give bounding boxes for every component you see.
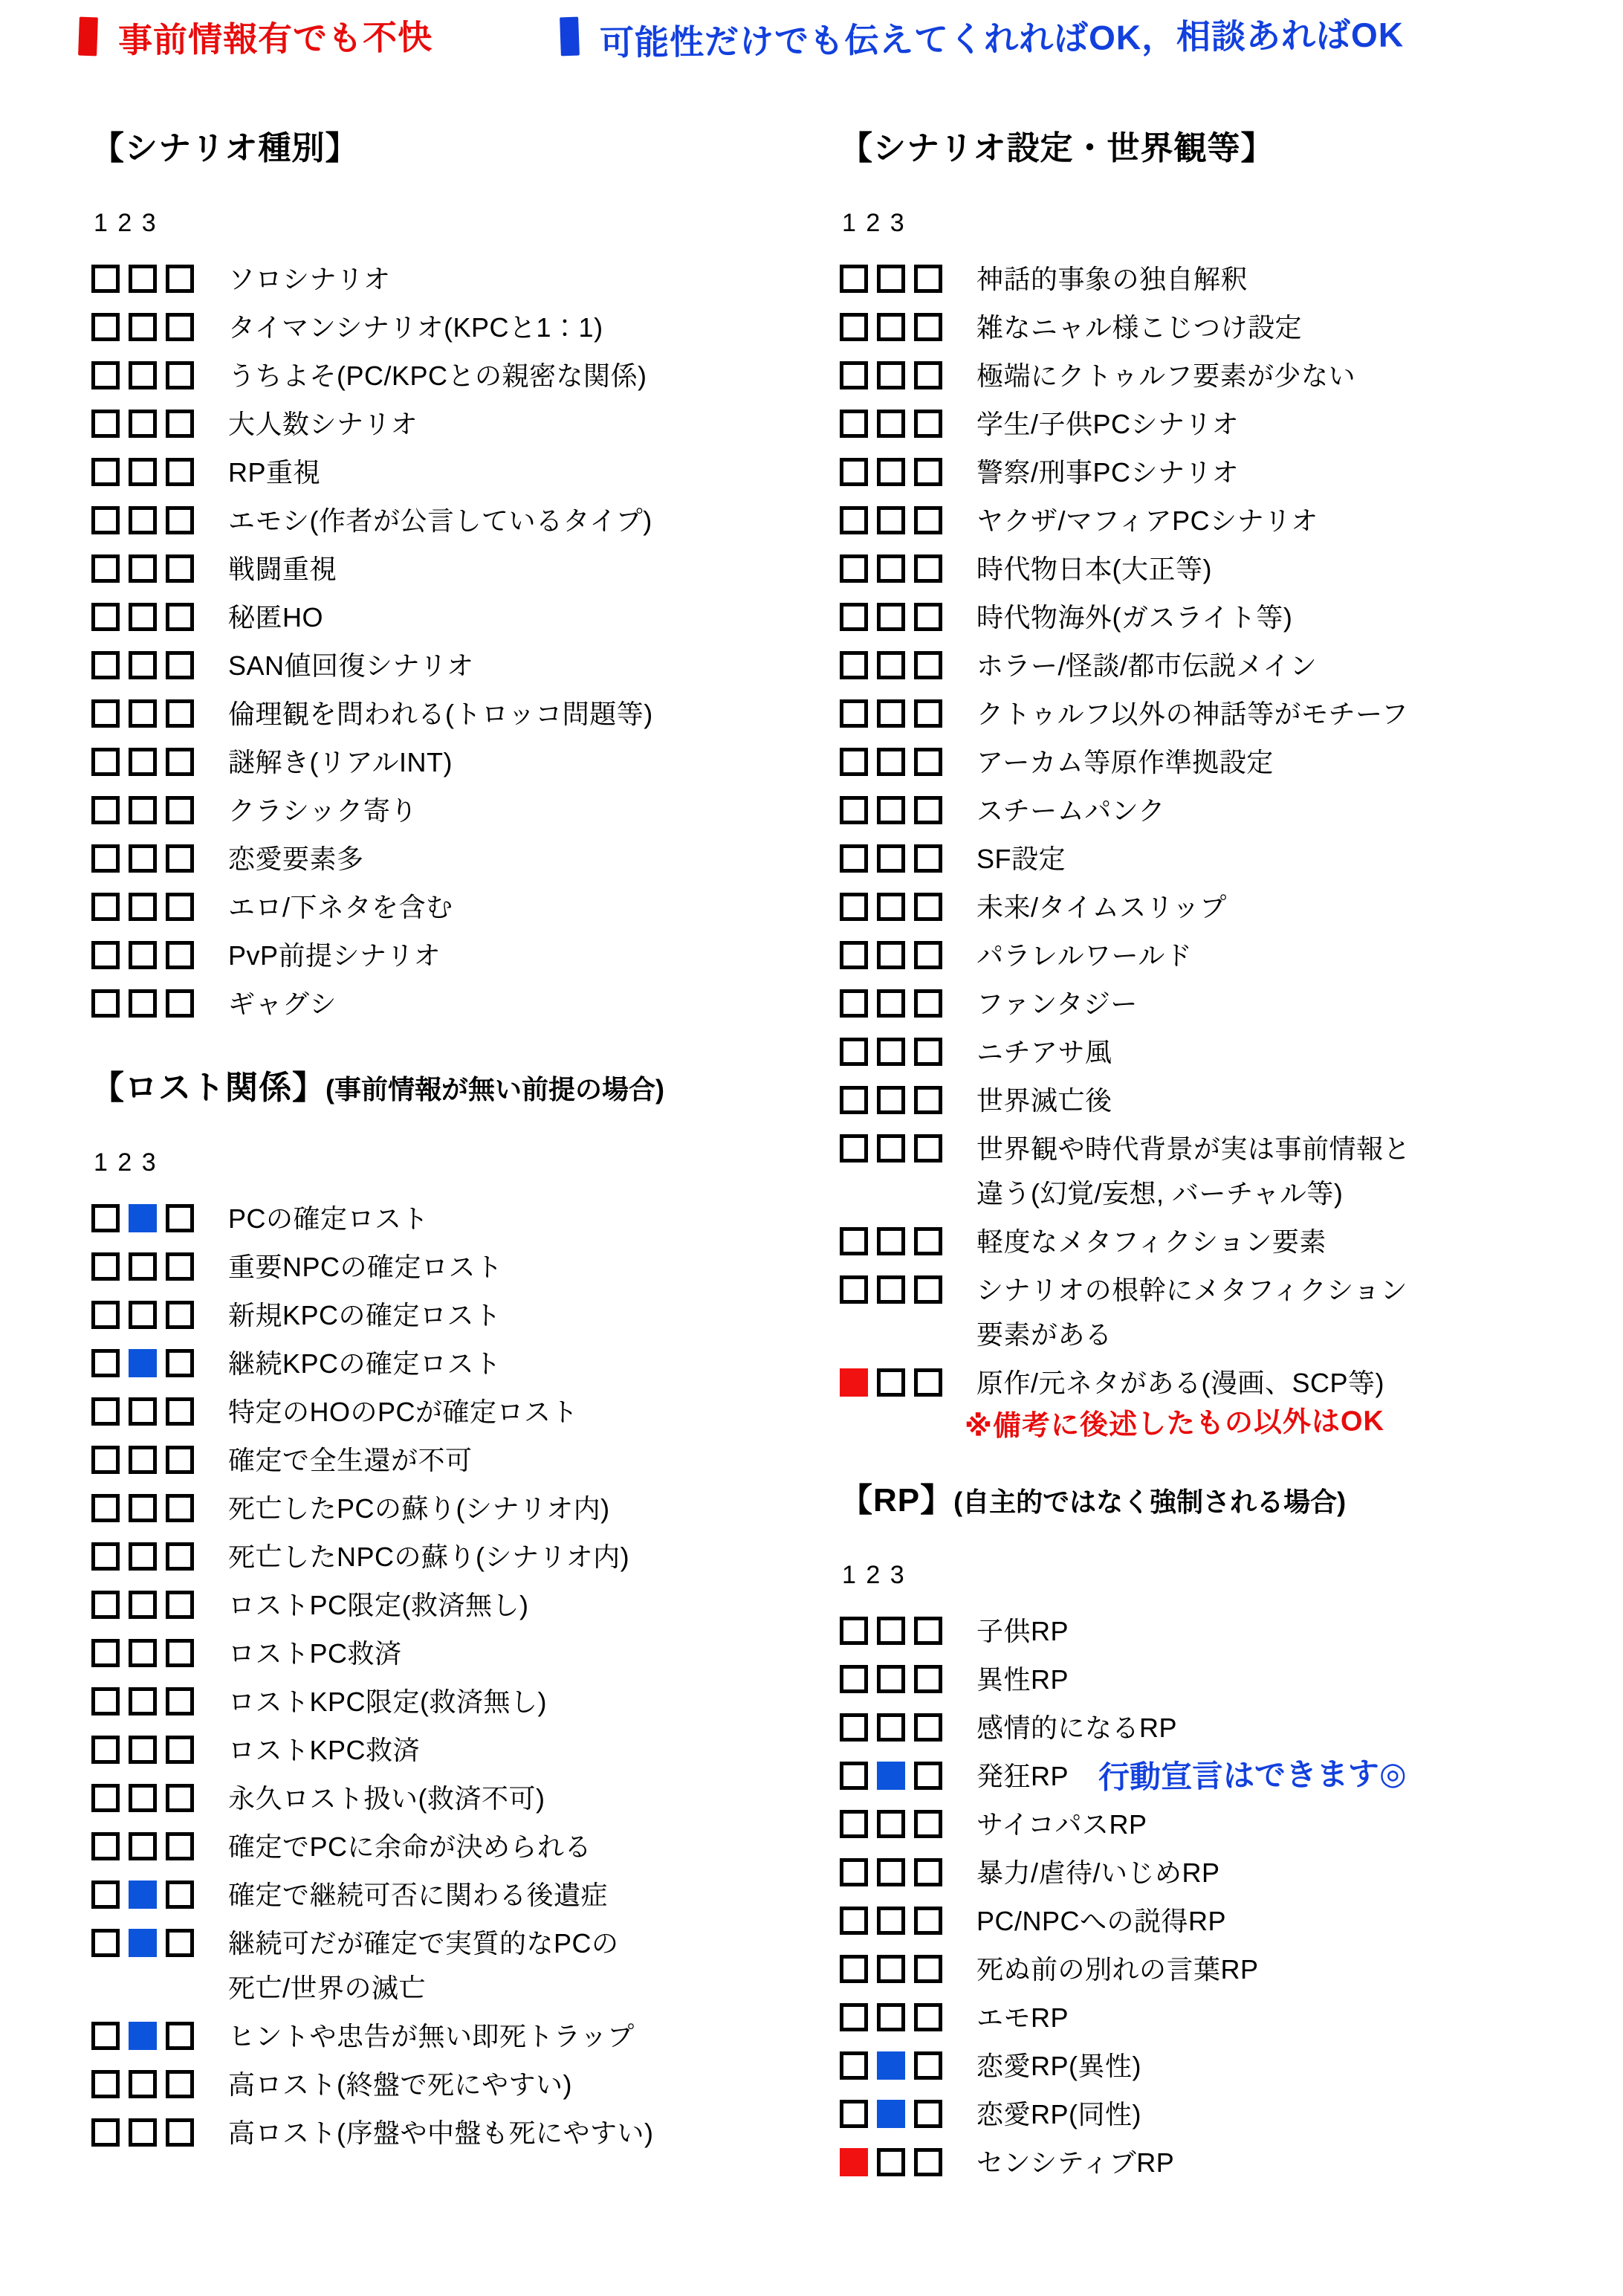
checkbox-3[interactable] <box>166 989 194 1018</box>
checkbox-2[interactable] <box>877 1617 905 1645</box>
checkbox-1[interactable] <box>840 603 868 631</box>
checkbox-group <box>91 1736 194 1764</box>
item-label: 戦闘重視 <box>228 547 337 592</box>
checkbox-1[interactable] <box>91 1881 120 1909</box>
checkbox-2-filled-blue[interactable] <box>129 1881 157 1909</box>
checkbox-3[interactable] <box>914 1275 942 1304</box>
checkbox-3[interactable] <box>166 410 194 438</box>
checklist-item: ロストKPC限定(救済無し) <box>91 1680 842 1724</box>
item-label: ギャグシ <box>228 982 337 1026</box>
checklist-item: ソロシナリオ <box>91 257 842 302</box>
checkbox-3[interactable] <box>914 699 942 728</box>
checkbox-2[interactable] <box>877 1134 905 1162</box>
checkbox-1[interactable] <box>91 699 120 728</box>
item-label: 恋愛RP(同性) <box>976 2092 1141 2137</box>
checklist-item: 恋愛RP(同性) <box>840 2092 1590 2137</box>
checkbox-1[interactable] <box>840 748 868 776</box>
checkbox-3[interactable] <box>166 2070 194 2098</box>
checkbox-3[interactable] <box>914 506 942 534</box>
checklist-item: エロ/下ネタを含む <box>91 885 842 930</box>
checkbox-2[interactable] <box>877 893 905 921</box>
checkbox-3[interactable] <box>166 1784 194 1812</box>
checkbox-group <box>91 1832 194 1860</box>
checkbox-1[interactable] <box>840 1038 868 1066</box>
checkbox-group <box>840 1275 942 1304</box>
checkbox-group <box>840 2148 942 2176</box>
checkbox-1[interactable] <box>840 1907 868 1935</box>
section-title: 【シナリオ種別】 <box>91 121 842 169</box>
checkbox-2[interactable] <box>877 506 905 534</box>
checklist-item: 死亡したPCの蘇り(シナリオ内) <box>91 1487 842 1531</box>
checkbox-2[interactable] <box>129 1784 157 1812</box>
checkbox-1[interactable] <box>91 1929 120 1957</box>
checkbox-3[interactable] <box>166 1252 194 1281</box>
item-label: スチームパンク <box>976 789 1165 833</box>
checkbox-2[interactable] <box>877 1955 905 1983</box>
item-label: 軽度なメタフィクション要素 <box>976 1220 1326 1264</box>
checkbox-1[interactable] <box>91 796 120 824</box>
checklist-item: 世界観や時代背景が実は事前情報と 違う(幻覚/妄想, バーチャル等) <box>840 1127 1590 1216</box>
checkbox-group <box>91 1591 194 1619</box>
checkbox-2-filled-blue[interactable] <box>877 2100 905 2128</box>
checkbox-2[interactable] <box>129 1446 157 1474</box>
checkbox-3[interactable] <box>914 1810 942 1838</box>
item-label: 警察/刑事PCシナリオ <box>976 450 1239 495</box>
checklist-item: エモRP <box>840 1996 1590 2040</box>
checkbox-3[interactable] <box>166 1349 194 1377</box>
checkbox-3[interactable] <box>914 989 942 1018</box>
checkbox-1[interactable] <box>91 1446 120 1474</box>
checkbox-1[interactable] <box>840 1762 868 1790</box>
item-label: シナリオの根幹にメタフィクション 要素がある <box>976 1268 1407 1357</box>
checkbox-2[interactable] <box>877 844 905 873</box>
checkbox-2-filled-blue[interactable] <box>129 1204 157 1232</box>
checkbox-3[interactable] <box>914 796 942 824</box>
checklist-item: 継続KPCの確定ロスト <box>91 1342 842 1386</box>
checkbox-group <box>91 361 194 389</box>
checkbox-3[interactable] <box>166 361 194 389</box>
checkbox-3[interactable] <box>914 410 942 438</box>
item-label: 確定で継続可否に関わる後遺症 <box>228 1873 608 1918</box>
checkbox-group <box>840 1955 942 1983</box>
checkbox-1[interactable] <box>91 1204 120 1232</box>
checkbox-1[interactable] <box>91 893 120 921</box>
checkbox-2[interactable] <box>129 651 157 679</box>
checkbox-2[interactable] <box>877 748 905 776</box>
checkbox-2[interactable] <box>129 458 157 486</box>
checkbox-3[interactable] <box>914 2100 942 2128</box>
checkbox-3[interactable] <box>166 941 194 969</box>
checkbox-2[interactable] <box>129 1591 157 1619</box>
checkbox-1[interactable] <box>840 410 868 438</box>
checkbox-3[interactable] <box>166 893 194 921</box>
checkbox-2[interactable] <box>877 1275 905 1304</box>
checkbox-1[interactable] <box>840 1086 868 1114</box>
checkbox-3[interactable] <box>914 1955 942 1983</box>
checkbox-1[interactable] <box>840 2051 868 2080</box>
checkbox-2[interactable] <box>877 458 905 486</box>
checkbox-group <box>840 1368 942 1397</box>
item-label: 恋愛要素多 <box>228 837 364 882</box>
checkbox-1[interactable] <box>91 1494 120 1522</box>
item-label: 時代物日本(大正等) <box>976 547 1212 592</box>
checkbox-3[interactable] <box>914 2003 942 2031</box>
checklist-item: 原作/元ネタがある(漫画、SCP等) <box>840 1361 1590 1406</box>
checkbox-2[interactable] <box>877 989 905 1018</box>
checkbox-2[interactable] <box>129 989 157 1018</box>
checklist-item: 神話的事象の独自解釈 <box>840 257 1590 302</box>
checkbox-2[interactable] <box>129 603 157 631</box>
checkbox-3[interactable] <box>914 458 942 486</box>
checkbox-3[interactable] <box>914 1713 942 1742</box>
checkbox-1[interactable] <box>840 844 868 873</box>
checklist-item: 極端にクトゥルフ要素が少ない <box>840 354 1590 398</box>
section-title-text: 【RP】 <box>840 1482 953 1519</box>
checkbox-1[interactable] <box>91 1301 120 1329</box>
checkbox-3[interactable] <box>914 1665 942 1693</box>
checkbox-1[interactable] <box>91 361 120 389</box>
checkbox-1[interactable] <box>91 603 120 631</box>
item-label: SF設定 <box>976 837 1066 882</box>
checkbox-2[interactable] <box>129 1301 157 1329</box>
checklist-item: ギャグシ <box>91 982 842 1026</box>
checkbox-3[interactable] <box>914 1086 942 1114</box>
checkbox-1[interactable] <box>840 1134 868 1162</box>
checkbox-2[interactable] <box>877 265 905 293</box>
checkbox-1[interactable] <box>91 1252 120 1281</box>
item-label: ロストKPC限定(救済無し) <box>228 1680 547 1724</box>
checkbox-2[interactable] <box>129 1736 157 1764</box>
checkbox-3[interactable] <box>166 1301 194 1329</box>
item-label: ニチアサ風 <box>976 1030 1112 1075</box>
checkbox-3[interactable] <box>166 699 194 728</box>
section-lost: 【ロスト関係】(事前情報が無い前提の場合) 1 2 3 PCの確定ロスト重要NP… <box>91 1061 842 2156</box>
checkbox-group <box>840 699 942 728</box>
item-label: ヒントや忠告が無い即死トラップ <box>228 2014 635 2059</box>
checkbox-1[interactable] <box>91 844 120 873</box>
checkbox-2[interactable] <box>129 1542 157 1571</box>
checkbox-3[interactable] <box>914 1762 942 1790</box>
checkbox-group <box>91 265 194 293</box>
checkbox-1[interactable] <box>91 1639 120 1667</box>
checkbox-2[interactable] <box>877 2148 905 2176</box>
checkbox-2[interactable] <box>129 748 157 776</box>
item-label: 暴力/虐待/いじめRP <box>976 1851 1220 1895</box>
checkbox-2[interactable] <box>877 410 905 438</box>
checklist-item: 継続可だが確定で実質的なPCの 死亡/世界の滅亡 <box>91 1921 842 2011</box>
checkbox-group <box>91 506 194 534</box>
checkbox-3[interactable] <box>166 458 194 486</box>
checkbox-3[interactable] <box>914 313 942 341</box>
checklist-item: 異性RP <box>840 1658 1590 1702</box>
checklist-item: 警察/刑事PCシナリオ <box>840 450 1590 495</box>
checkbox-1[interactable] <box>840 2100 868 2128</box>
checkbox-1[interactable] <box>91 1784 120 1812</box>
item-label: クトゥルフ以外の神話等がモチーフ <box>976 692 1408 737</box>
checkbox-1[interactable] <box>91 1736 120 1764</box>
item-label: 死ぬ前の別れの言葉RP <box>976 1947 1259 1992</box>
checkbox-1[interactable] <box>840 1713 868 1742</box>
checkbox-3[interactable] <box>914 265 942 293</box>
left-column: 【シナリオ種別】 1 2 3 ソロシナリオタイマンシナリオ(KPCと1：1)うち… <box>91 121 842 2159</box>
checkbox-2[interactable] <box>877 1038 905 1066</box>
item-label: 感情的になるRP <box>976 1706 1177 1750</box>
checkbox-3[interactable] <box>166 603 194 631</box>
checkbox-2-filled-blue[interactable] <box>877 1762 905 1790</box>
checkbox-3[interactable] <box>914 554 942 583</box>
checkbox-2-filled-blue[interactable] <box>129 2022 157 2050</box>
checkbox-2-filled-blue[interactable] <box>877 2051 905 2080</box>
item-label: 神話的事象の独自解釈 <box>976 257 1248 302</box>
checklist-item: 秘匿HO <box>91 595 842 640</box>
checklist-item: ホラー/怪談/都市伝説メイン <box>840 644 1590 688</box>
item-label: アーカム等原作準拠設定 <box>976 740 1274 785</box>
checkbox-group <box>91 1301 194 1329</box>
checkbox-1[interactable] <box>91 989 120 1018</box>
checkbox-2[interactable] <box>129 1687 157 1715</box>
checklist-item: PC/NPCへの説得RP <box>840 1899 1590 1944</box>
checkbox-1[interactable] <box>91 410 120 438</box>
checkbox-group <box>840 844 942 873</box>
checkbox-group <box>91 2022 194 2050</box>
checkbox-2[interactable] <box>877 313 905 341</box>
checkbox-3[interactable] <box>914 1907 942 1935</box>
checkbox-1[interactable] <box>840 313 868 341</box>
checkbox-group <box>840 313 942 341</box>
checkbox-1[interactable] <box>840 941 868 969</box>
checkbox-group <box>91 1397 194 1426</box>
checkbox-1[interactable] <box>91 506 120 534</box>
checkbox-1[interactable] <box>91 2022 120 2050</box>
checkbox-3[interactable] <box>166 1881 194 1909</box>
checkbox-3[interactable] <box>914 1368 942 1397</box>
checkbox-3[interactable] <box>166 651 194 679</box>
checkbox-3[interactable] <box>166 1204 194 1232</box>
checkbox-3[interactable] <box>914 893 942 921</box>
checklist-item: ヒントや忠告が無い即死トラップ <box>91 2014 842 2059</box>
checkbox-group <box>91 2118 194 2147</box>
checkbox-2-filled-blue[interactable] <box>129 1349 157 1377</box>
item-label: 永久ロスト扱い(救済不可) <box>228 1776 545 1821</box>
checkbox-2[interactable] <box>877 554 905 583</box>
checkbox-1[interactable] <box>91 651 120 679</box>
checkbox-group <box>840 2051 942 2080</box>
checklist-item: 永久ロスト扱い(救済不可) <box>91 1776 842 1821</box>
checklist-item: 確定で継続可否に関わる後遺症 <box>91 1873 842 1918</box>
checkbox-1[interactable] <box>91 1832 120 1860</box>
checkbox-1[interactable] <box>840 1617 868 1645</box>
checkbox-2[interactable] <box>877 1086 905 1114</box>
section-title-text: 【シナリオ種別】 <box>91 130 359 166</box>
checkbox-2[interactable] <box>877 1665 905 1693</box>
checkbox-3[interactable] <box>914 603 942 631</box>
item-label: 子供RP <box>976 1609 1069 1654</box>
checkbox-3[interactable] <box>914 1617 942 1645</box>
checkbox-2[interactable] <box>129 506 157 534</box>
checkbox-2-filled-blue[interactable] <box>129 1929 157 1957</box>
item-label: PCの確定ロスト <box>228 1197 429 1241</box>
item-label: RP重視 <box>228 450 320 495</box>
checkbox-3[interactable] <box>166 748 194 776</box>
checkbox-2[interactable] <box>877 651 905 679</box>
checkbox-group <box>840 458 942 486</box>
checkbox-2[interactable] <box>877 699 905 728</box>
checkbox-2[interactable] <box>877 941 905 969</box>
checkbox-3[interactable] <box>914 1227 942 1255</box>
checkbox-2[interactable] <box>129 1252 157 1281</box>
checkbox-1[interactable] <box>840 361 868 389</box>
checkbox-1[interactable] <box>840 265 868 293</box>
checkbox-1-filled-red[interactable] <box>840 1368 868 1397</box>
checkbox-3[interactable] <box>166 796 194 824</box>
checkbox-group <box>91 603 194 631</box>
checkbox-2[interactable] <box>129 2118 157 2147</box>
checkbox-2[interactable] <box>129 2070 157 2098</box>
checkbox-1[interactable] <box>91 1349 120 1377</box>
section-setting-worldview: 【シナリオ設定・世界観等】 1 2 3 神話的事象の独自解釈雑なニャル様こじつけ… <box>840 121 1590 1439</box>
checkbox-2[interactable] <box>129 313 157 341</box>
checkbox-3[interactable] <box>914 2148 942 2176</box>
checkbox-2[interactable] <box>877 1713 905 1742</box>
checkbox-2[interactable] <box>129 941 157 969</box>
checkbox-3[interactable] <box>914 2051 942 2080</box>
section-rp: 【RP】(自主的ではなく強制される場合) 1 2 3 子供RP異性RP感情的にな… <box>840 1473 1590 2185</box>
checkbox-1[interactable] <box>840 1955 868 1983</box>
checkbox-1-filled-red[interactable] <box>840 2148 868 2176</box>
checkbox-3[interactable] <box>166 1446 194 1474</box>
checklist-item: 発狂RP行動宣言はできます◎ <box>840 1754 1590 1799</box>
checkbox-2[interactable] <box>877 1810 905 1838</box>
checkbox-1[interactable] <box>840 2003 868 2031</box>
checklist-item: 確定でPCに余命が決められる <box>91 1825 842 1869</box>
checkbox-1[interactable] <box>840 699 868 728</box>
checkbox-2[interactable] <box>129 844 157 873</box>
checkbox-2[interactable] <box>877 1368 905 1397</box>
checkbox-1[interactable] <box>91 2070 120 2098</box>
checkbox-1[interactable] <box>840 989 868 1018</box>
checkbox-2[interactable] <box>129 361 157 389</box>
checklist-item: 時代物日本(大正等) <box>840 547 1590 592</box>
checkbox-3[interactable] <box>914 651 942 679</box>
checkbox-1[interactable] <box>840 1275 868 1304</box>
checklist-item: 高ロスト(序盤や中盤も死にやすい) <box>91 2111 842 2156</box>
checkbox-1[interactable] <box>91 2118 120 2147</box>
checkbox-3[interactable] <box>166 1639 194 1667</box>
checkbox-1[interactable] <box>840 1665 868 1693</box>
checkbox-1[interactable] <box>840 554 868 583</box>
checklist-item: ロストKPC救済 <box>91 1728 842 1773</box>
checkbox-3[interactable] <box>166 506 194 534</box>
checkbox-2[interactable] <box>129 1832 157 1860</box>
item-label: ソロシナリオ <box>228 257 391 302</box>
checkbox-group <box>840 2100 942 2128</box>
checkbox-1[interactable] <box>91 1542 120 1571</box>
item-label: PC/NPCへの説得RP <box>976 1899 1226 1944</box>
checkbox-2[interactable] <box>129 1397 157 1426</box>
checkbox-1[interactable] <box>91 458 120 486</box>
checkbox-2[interactable] <box>877 796 905 824</box>
checkbox-1[interactable] <box>840 1858 868 1886</box>
checkbox-2[interactable] <box>877 1858 905 1886</box>
checkbox-1[interactable] <box>840 893 868 921</box>
checkbox-2[interactable] <box>877 361 905 389</box>
item-label: SAN値回復シナリオ <box>228 644 474 688</box>
item-list: ソロシナリオタイマンシナリオ(KPCと1：1)うちよそ(PC/KPCとの親密な関… <box>91 257 842 1026</box>
checkbox-3[interactable] <box>914 941 942 969</box>
checkbox-1[interactable] <box>840 1810 868 1838</box>
checklist-item: センシティブRP <box>840 2141 1590 2185</box>
item-label: ロストPC救済 <box>228 1632 402 1676</box>
checkbox-2[interactable] <box>129 893 157 921</box>
checkbox-3[interactable] <box>166 554 194 583</box>
checkbox-2[interactable] <box>877 2003 905 2031</box>
item-label: ロストKPC救済 <box>228 1728 420 1773</box>
checkbox-3[interactable] <box>166 265 194 293</box>
checklist-item: RP重視 <box>91 450 842 495</box>
checkbox-group <box>91 1349 194 1377</box>
checkbox-3[interactable] <box>914 1858 942 1886</box>
checkbox-2[interactable] <box>877 603 905 631</box>
checkbox-1[interactable] <box>91 1687 120 1715</box>
checkbox-3[interactable] <box>166 1687 194 1715</box>
checkbox-1[interactable] <box>91 941 120 969</box>
checkbox-3[interactable] <box>166 1542 194 1571</box>
checkbox-1[interactable] <box>840 1227 868 1255</box>
checkbox-3[interactable] <box>166 1736 194 1764</box>
handwritten-note: 行動宣言はできます◎ <box>1098 1752 1407 1799</box>
checkbox-1[interactable] <box>840 506 868 534</box>
checkbox-2[interactable] <box>129 1639 157 1667</box>
checkbox-2[interactable] <box>877 1907 905 1935</box>
checkbox-3[interactable] <box>166 1929 194 1957</box>
checkbox-1[interactable] <box>91 1591 120 1619</box>
checkbox-1[interactable] <box>840 458 868 486</box>
checkbox-1[interactable] <box>91 1397 120 1426</box>
checkbox-group <box>91 410 194 438</box>
checkbox-3[interactable] <box>914 361 942 389</box>
checkbox-3[interactable] <box>914 844 942 873</box>
checkbox-3[interactable] <box>166 1591 194 1619</box>
checkbox-1[interactable] <box>840 651 868 679</box>
checkbox-2[interactable] <box>129 699 157 728</box>
checkbox-3[interactable] <box>166 844 194 873</box>
checkbox-2[interactable] <box>129 410 157 438</box>
checkbox-3[interactable] <box>166 2118 194 2147</box>
checkbox-1[interactable] <box>91 265 120 293</box>
checkbox-group <box>91 1446 194 1474</box>
checkbox-3[interactable] <box>166 313 194 341</box>
checkbox-1[interactable] <box>91 554 120 583</box>
checkbox-1[interactable] <box>91 313 120 341</box>
item-label: 特定のHOのPCが確定ロスト <box>228 1390 578 1435</box>
checkbox-1[interactable] <box>91 748 120 776</box>
checkbox-3[interactable] <box>914 1134 942 1162</box>
checkbox-2[interactable] <box>129 554 157 583</box>
checkbox-2[interactable] <box>129 796 157 824</box>
checkbox-2[interactable] <box>877 1227 905 1255</box>
checkbox-3[interactable] <box>166 1494 194 1522</box>
checkbox-3[interactable] <box>166 1832 194 1860</box>
checkbox-1[interactable] <box>840 796 868 824</box>
checkbox-3[interactable] <box>914 1038 942 1066</box>
item-label: 雑なニャル様こじつけ設定 <box>976 305 1302 350</box>
checkbox-3[interactable] <box>914 748 942 776</box>
checkbox-2[interactable] <box>129 265 157 293</box>
checkbox-2[interactable] <box>129 1494 157 1522</box>
checkbox-3[interactable] <box>166 1397 194 1426</box>
section-scenario-type: 【シナリオ種別】 1 2 3 ソロシナリオタイマンシナリオ(KPCと1：1)うち… <box>91 121 842 1026</box>
checkbox-3[interactable] <box>166 2022 194 2050</box>
